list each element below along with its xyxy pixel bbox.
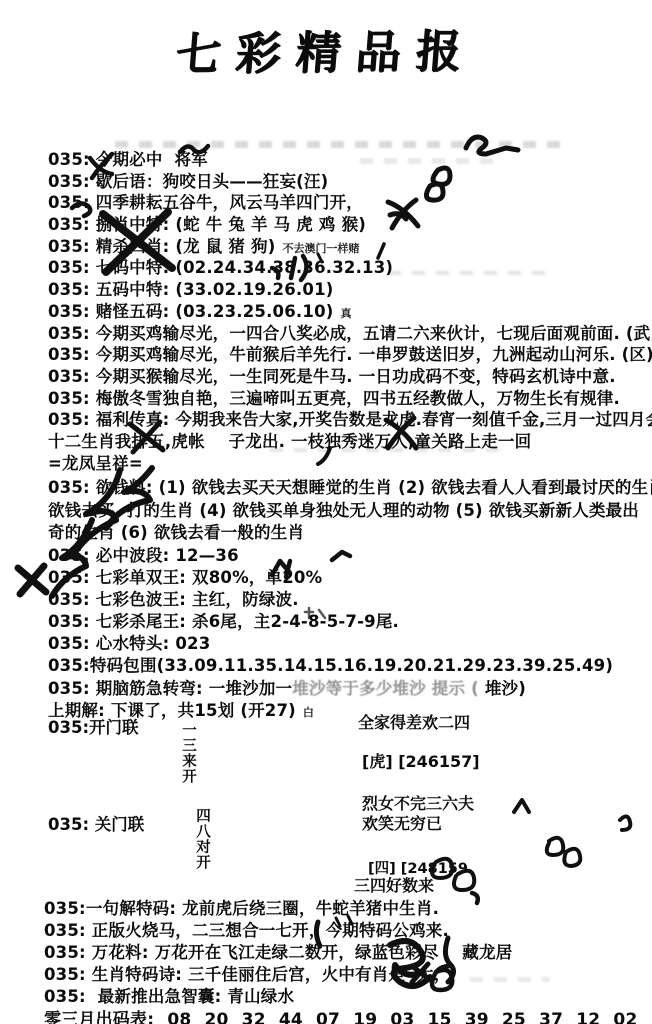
report-line: 035: 四季耕耘五谷牛，风云马羊四门开， (48, 189, 652, 211)
margin-note: 真 (341, 307, 352, 320)
report-line: 035:特码包围(33.09.11.35.14.15.16.19.20.21.2… (48, 652, 613, 674)
report-line: =龙凤呈祥= (48, 450, 652, 472)
report-line: 035: 七彩色波王: 主红，防绿波. (48, 586, 613, 608)
report-line: 035: 今期买鸡输尽光，一四合八奖必成，五请二六来伙计，七现后面观前面. (武… (48, 320, 652, 342)
report-line: 035: 心水特头: 023 (48, 630, 613, 652)
report-line: 035: 七彩杀尾王: 杀6尾，主2-4-8-5-7-9尾. (48, 608, 613, 630)
door-open-couplet-label: 035:开门联 (48, 714, 139, 738)
report-line: 035: 七彩单双王: 双80%，单20% (48, 564, 613, 586)
tips-list-top: 035: 今期必中 将军 035: 歇后语：狗咬日头——狂妄(汪) 035: 四… (48, 146, 652, 471)
report-line: 035:一句解特码: 龙前虎后绕三圈，牛蛇羊猪中生肖. (44, 895, 652, 917)
report-line: 035: 今期买鸡输尽光，牛前猴后羊先行. 一串罗鼓送旧岁，九洲起动山河乐. (… (48, 341, 652, 363)
report-line: 035: 今期必中 将军 (48, 146, 652, 168)
monthly-number-table: 零三月出码表: 08 20 32 44 07 19 03 15 39 25 37… (44, 1005, 652, 1024)
margin-note: 白 (303, 706, 314, 719)
vertical-couplet-open: 一三来开 (178, 722, 199, 784)
report-line: 035: 生肖特码诗: 三千佳丽住后宫，火中有肖是 大， (44, 961, 652, 983)
zodiac-number-result: [虎] [246157] (362, 749, 480, 772)
page-title: 七彩精品报 (0, 13, 652, 85)
report-line: 奇的生肖 (6) 欲钱去看一般的生肖 (48, 519, 652, 542)
report-line: 035: 捌肖中特: (蛇 牛 兔 羊 马 虎 鸡 猴) (48, 211, 652, 233)
report-line: 035: 七码中特: (02.24.34.38.36.32.13) (48, 254, 652, 276)
money-wish-paragraph: 035: 欲钱料: (1) 欲钱去买天天想睡觉的生肖 (2) 欲钱去看人人看到最… (48, 474, 652, 542)
report-line: 035: 福利传真: 今期我来告大家,开奖告数是龙虎.春宵一刻值千金,三月一过四… (48, 406, 652, 428)
ink-marks-couplet-right (432, 800, 630, 903)
door-close-couplet-label: 035: 关门联 (48, 811, 144, 835)
report-line: 035: 期脑筋急转弯: 一堆沙加一堆沙等于多少堆沙 提示 ( 堆沙) (48, 675, 613, 697)
couplet-right-text: 全家得差欢二四 (358, 710, 470, 733)
vertical-couplet-close: 四八对开 (192, 808, 213, 870)
report-line: 035: 赌怪五码: (03.23.25.06.10)真 (48, 298, 652, 320)
report-line: 035: 必中波段: 12—36 (48, 542, 613, 564)
couplet-right-text: 欢笑无穷已 (362, 811, 442, 834)
tips-list-middle: 035: 必中波段: 12—36 035: 七彩单双王: 双80%，单20% 0… (48, 542, 613, 719)
report-line: 欲钱去买 打的生肖 (4) 欲钱买单身独处无人理的动物 (5) 欲钱买新新人类最… (48, 497, 652, 520)
report-line: 035: 欲钱料: (1) 欲钱去买天天想睡觉的生肖 (2) 欲钱去看人人看到最… (48, 474, 652, 497)
couplet-right-text: 三四好数来 (354, 873, 434, 896)
report-line: 035: 精杀四肖: (龙 鼠 猪 狗)不去澳门一样赌 (48, 233, 652, 255)
report-line: 035: 歇后语：狗咬日头——狂妄(汪) (48, 168, 652, 190)
report-line: 035: 梅傲冬雪独自艳，三遍啼叫五更亮，四书五经教做人，万物生长有规律. (48, 385, 652, 407)
scanned-lottery-report-page: 七彩精品报 035: 今期必中 将军 035: 歇后语：狗咬日头——狂妄(汪) … (0, 0, 652, 1024)
report-line: 十二生肖我排五,虎帐 子龙出. 一枝独秀迷万人,童关路上走一回 (48, 428, 652, 450)
faded-print: 堆沙等于多少堆沙 提示 ( (292, 679, 485, 698)
report-line: 035: 今期买猴输尽光，一生同死是牛马. 一日功成码不变，特码玄机诗中意. (48, 363, 652, 385)
tips-list-bottom: 035:一句解特码: 龙前虎后绕三圈，牛蛇羊猪中生肖. 035: 正版火烧马，二… (44, 895, 652, 1024)
report-line: 035: 五码中特: (33.02.19.26.01) (48, 276, 652, 298)
margin-note: 不去澳门一样赌 (282, 242, 359, 255)
report-line: 035: 正版火烧马，二三想合一七开，今期特码公鸡来. (44, 917, 652, 939)
report-line: 035: 最新推出急智囊: 青山绿水 (44, 983, 652, 1005)
report-line: 035: 万花料: 万花开在飞江走绿二数开，绿蓝色彩尽 藏龙居 (44, 939, 652, 961)
